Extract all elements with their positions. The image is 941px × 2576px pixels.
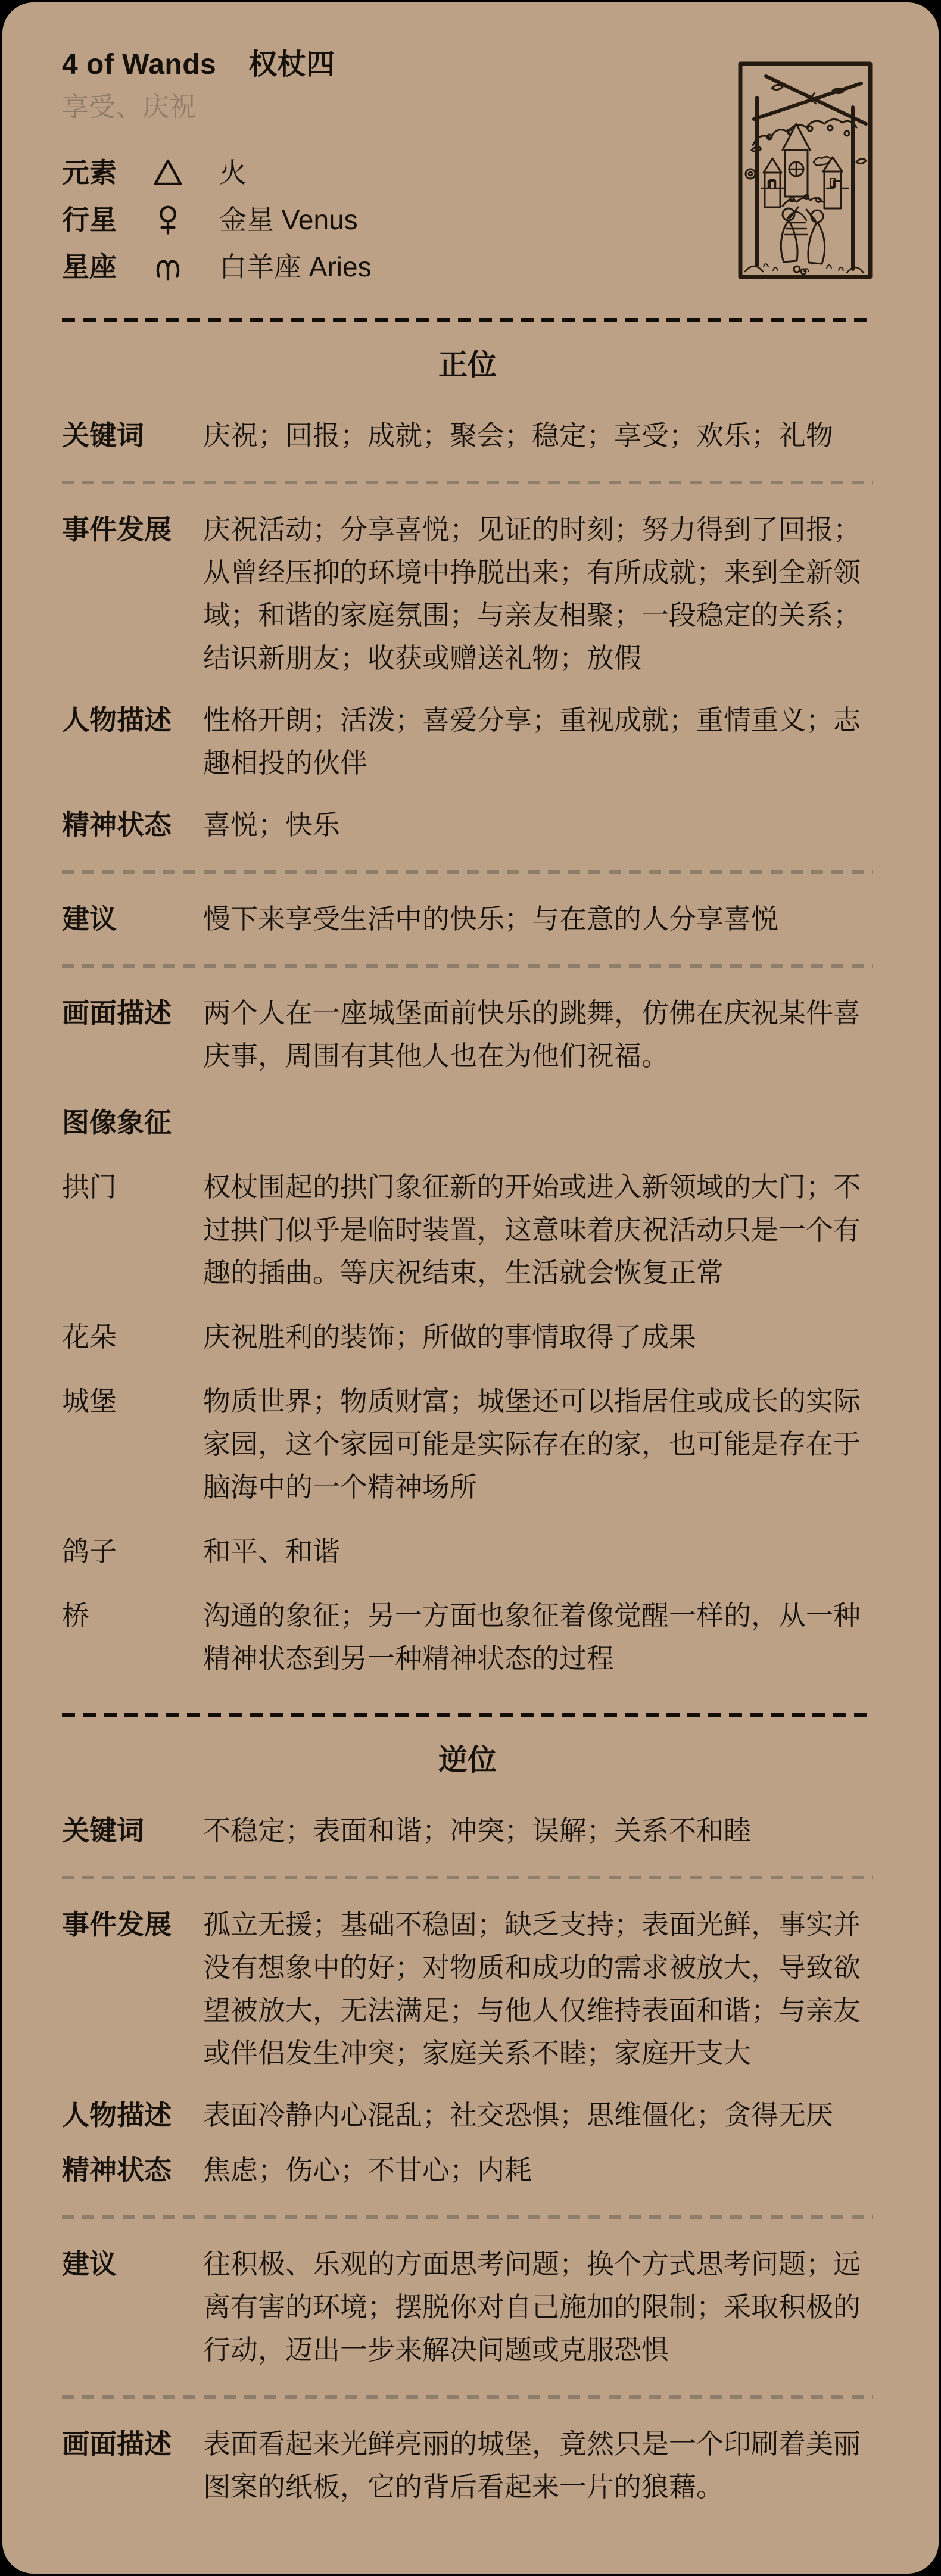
mental-state-label: 精神状态 [62,2148,203,2191]
zodiac-value: 白羊座 Aries [219,245,713,288]
development-value: 孤立无援；基础不稳固；缺乏支持；表面光鲜，事实并没有想象中的好；对物质和成功的需… [203,1903,873,2075]
symbol-dove-label: 鸽子 [62,1530,203,1573]
symbol-dove-value: 和平、和谐 [203,1530,873,1573]
scene-value: 表面看起来光鲜亮丽的城堡，竟然只是一个印刷着美丽图案的纸板，它的背后看起来一片的… [203,2422,873,2508]
mental-state-value: 喜悦；快乐 [203,803,873,846]
advice-label: 建议 [62,2243,203,2371]
dashed-divider-dark [62,318,873,322]
page-title-en: 4 of Wands [62,49,216,80]
keywords-value: 不稳定；表面和谐；冲突；误解；关系不和睦 [203,1809,873,1852]
dashed-divider [62,481,873,484]
person-label: 人物描述 [62,2094,203,2137]
tarot-card-page: 4 of Wands权杖四 享受、庆祝 元素 火 行星 [2,2,939,2574]
dashed-divider [62,2395,873,2399]
reversed-heading: 逆位 [62,1741,873,1779]
planet-label: 行星 [62,198,152,241]
header-text: 4 of Wands权杖四 享受、庆祝 元素 火 行星 [62,46,713,290]
advice-label: 建议 [62,897,203,940]
tarot-card-illustration [737,61,873,292]
symbol-row-castle: 城堡 物质世界；物质财富；城堡还可以指居住或成长的实际家园，这个家园可能是实际存… [62,1380,873,1508]
symbol-arch-label: 拱门 [62,1165,203,1294]
screen-background: 4 of Wands权杖四 享受、庆祝 元素 火 行星 [0,2,941,2574]
element-label: 元素 [62,151,152,194]
reversed-keywords-row: 关键词 不稳定；表面和谐；冲突；误解；关系不和睦 [62,1809,873,1852]
attribute-row-planet: 行星 金星 Venus [62,196,713,243]
dashed-divider [62,1876,873,1879]
page-title-zh: 权杖四 [248,49,335,80]
symbol-bridge-label: 桥 [62,1594,203,1680]
person-value: 性格开朗；活泼；喜爱分享；重视成就；重情重义；志趣相投的伙伴 [203,698,873,784]
symbols-heading: 图像象征 [62,1101,873,1144]
advice-value: 慢下来享受生活中的快乐；与在意的人分享喜悦 [203,897,873,940]
reversed-advice-row: 建议 往积极、乐观的方面思考问题；换个方式思考问题；远离有害的环境；摆脱你对自己… [62,2243,873,2371]
person-label: 人物描述 [62,698,203,784]
upright-advice-row: 建议 慢下来享受生活中的快乐；与在意的人分享喜悦 [62,897,873,940]
page-title: 4 of Wands权杖四 [62,46,713,83]
planet-value: 金星 Venus [219,198,713,241]
venus-planet-icon [152,204,219,235]
symbol-castle-label: 城堡 [62,1380,203,1508]
scene-label: 画面描述 [62,2422,203,2508]
person-value: 表面冷静内心混乱；社交恐惧；思维僵化；贪得无厌 [203,2094,873,2137]
dashed-divider [62,964,873,968]
symbol-castle-value: 物质世界；物质财富；城堡还可以指居住或成长的实际家园，这个家园可能是实际存在的家… [203,1380,873,1508]
mental-state-value: 焦虑；伤心；不甘心；内耗 [203,2148,873,2191]
reversed-person-row: 人物描述 表面冷静内心混乱；社交恐惧；思维僵化；贪得无厌 [62,2094,873,2137]
mental-state-label: 精神状态 [62,803,203,846]
aries-zodiac-icon [152,251,219,282]
keywords-label: 关键词 [62,1809,203,1852]
symbol-row-dove: 鸽子 和平、和谐 [62,1530,873,1573]
attribute-row-zodiac: 星座 白羊座 Aries [62,243,713,290]
upright-keywords-row: 关键词 庆祝；回报；成就；聚会；稳定；享受；欢乐；礼物 [62,414,873,457]
development-label: 事件发展 [62,508,203,679]
development-value: 庆祝活动；分享喜悦；见证的时刻；努力得到了回报；从曾经压抑的环境中挣脱出来；有所… [203,508,873,679]
page-subtitle: 享受、庆祝 [62,89,713,125]
section-reversed: 逆位 关键词 不稳定；表面和谐；冲突；误解；关系不和睦 事件发展 孤立无援；基础… [62,1741,873,2508]
development-label: 事件发展 [62,1903,203,2075]
scene-value: 两个人在一座城堡面前快乐的跳舞，仿佛在庆祝某件喜庆事，周围有其他人也在为他们祝福… [203,991,873,1077]
attribute-list: 元素 火 行星 [62,149,713,290]
reversed-development-row: 事件发展 孤立无援；基础不稳固；缺乏支持；表面光鲜，事实并没有想象中的好；对物质… [62,1903,873,2075]
reversed-mental-state-row: 精神状态 焦虑；伤心；不甘心；内耗 [62,2148,873,2191]
section-upright: 正位 关键词 庆祝；回报；成就；聚会；稳定；享受；欢乐；礼物 事件发展 庆祝活动… [62,346,873,1680]
symbol-row-arch: 拱门 权杖围起的拱门象征新的开始或进入新领域的大门；不过拱门似乎是临时装置，这意… [62,1165,873,1294]
dashed-divider [62,870,873,874]
upright-scene-row: 画面描述 两个人在一座城堡面前快乐的跳舞，仿佛在庆祝某件喜庆事，周围有其他人也在… [62,991,873,1077]
header: 4 of Wands权杖四 享受、庆祝 元素 火 行星 [62,46,873,292]
dashed-divider-dark [62,1713,873,1717]
upright-heading: 正位 [62,346,873,384]
symbol-arch-value: 权杖围起的拱门象征新的开始或进入新领域的大门；不过拱门似乎是临时装置，这意味着庆… [203,1165,873,1294]
symbol-row-flowers: 花朵 庆祝胜利的装饰；所做的事情取得了成果 [62,1315,873,1358]
attribute-row-element: 元素 火 [62,149,713,196]
upright-person-row: 人物描述 性格开朗；活泼；喜爱分享；重视成就；重情重义；志趣相投的伙伴 [62,698,873,784]
reversed-scene-row: 画面描述 表面看起来光鲜亮丽的城堡，竟然只是一个印刷着美丽图案的纸板，它的背后看… [62,2422,873,2508]
advice-value: 往积极、乐观的方面思考问题；换个方式思考问题；远离有害的环境；摆脱你对自己施加的… [203,2243,873,2371]
fire-element-icon [152,157,219,188]
dashed-divider [62,2215,873,2219]
upright-mental-state-row: 精神状态 喜悦；快乐 [62,803,873,846]
zodiac-label: 星座 [62,245,152,288]
upright-development-row: 事件发展 庆祝活动；分享喜悦；见证的时刻；努力得到了回报；从曾经压抑的环境中挣脱… [62,508,873,679]
symbol-row-bridge: 桥 沟通的象征；另一方面也象征着像觉醒一样的，从一种精神状态到另一种精神状态的过… [62,1594,873,1680]
scene-label: 画面描述 [62,991,203,1077]
symbol-bridge-value: 沟通的象征；另一方面也象征着像觉醒一样的，从一种精神状态到另一种精神状态的过程 [203,1594,873,1680]
element-value: 火 [219,151,713,194]
keywords-value: 庆祝；回报；成就；聚会；稳定；享受；欢乐；礼物 [203,414,873,457]
symbol-flowers-label: 花朵 [62,1315,203,1358]
keywords-label: 关键词 [62,414,203,457]
symbol-flowers-value: 庆祝胜利的装饰；所做的事情取得了成果 [203,1315,873,1358]
